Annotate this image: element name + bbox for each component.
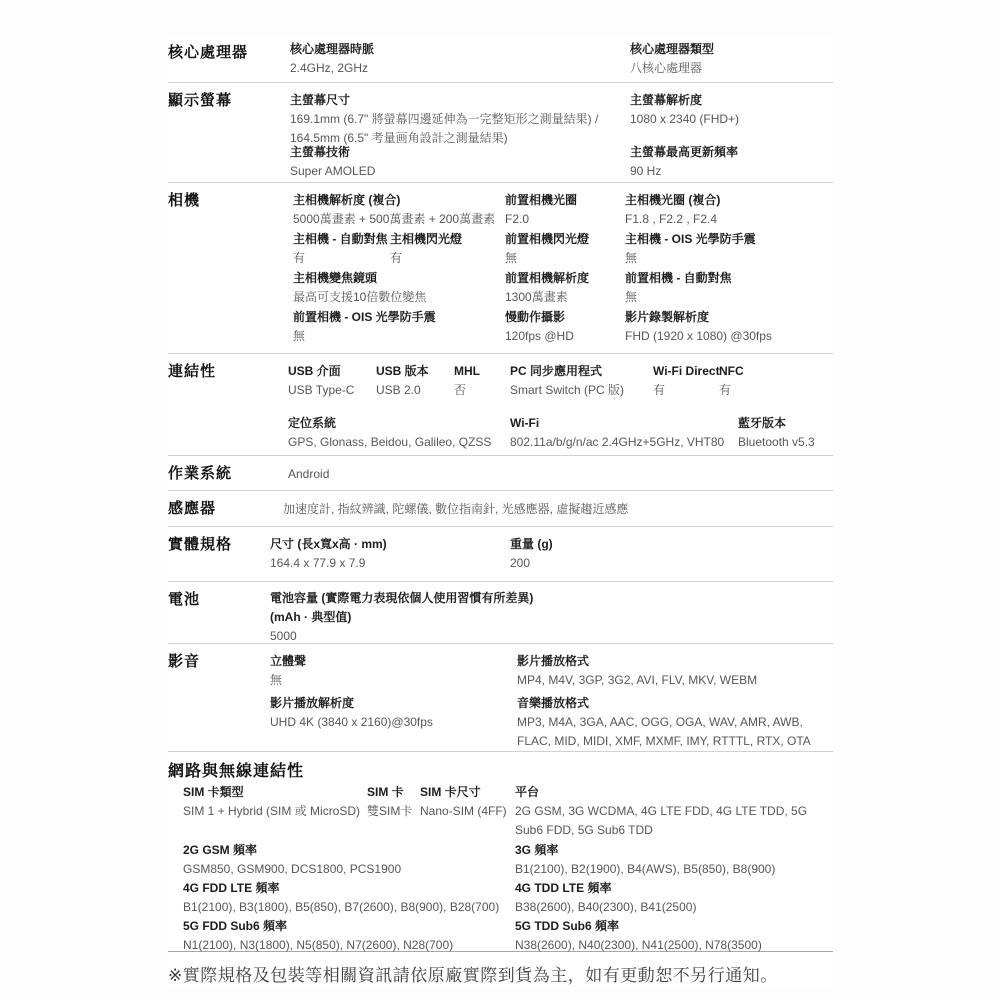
spec-label: MHL [454, 362, 480, 381]
spec-label: 前置相機閃光燈 [505, 230, 589, 249]
spec-value: 120fps @HD [505, 327, 574, 346]
spec-label: 音樂播放格式 [517, 694, 839, 713]
spec-label: USB 版本 [376, 362, 429, 381]
spec-label: SIM 卡 [367, 783, 412, 802]
section-label-camera: 相機 [168, 189, 200, 210]
spec-value: 90 Hz [630, 162, 738, 181]
spec-cell-pc-sync: PC 同步應用程式 Smart Switch (PC 版) [510, 362, 624, 400]
spec-cell-main-flash: 主相機閃光燈 有 [390, 230, 462, 268]
spec-label: 立體聲 [270, 652, 306, 671]
spec-value: 2.4GHz, 2GHz [290, 59, 374, 78]
spec-cell-dimensions: 尺寸 (長x寬x高 · mm) 164.4 x 77.9 x 7.9 [270, 535, 387, 573]
spec-label: 影片錄製解析度 [625, 308, 772, 327]
spec-cell-screen-resolution: 主螢幕解析度 1080 x 2340 (FHD+) [630, 91, 739, 129]
spec-cell-wifi: Wi-Fi 802.11a/b/g/n/ac 2.4GHz+5GHz, VHT8… [510, 414, 724, 452]
spec-value: 5000萬畫素 + 500萬畫素 + 200萬畫素 [293, 210, 495, 229]
spec-cell-video-format: 影片播放格式 MP4, M4V, 3GP, 3G2, AVI, FLV, MKV… [517, 652, 757, 690]
spec-label: 核心處理器時脈 [290, 40, 374, 59]
spec-value: 否 [454, 381, 480, 400]
spec-cell-stereo: 立體聲 無 [270, 652, 306, 690]
spec-cell-video-playback-resolution: 影片播放解析度 UHD 4K (3840 x 2160)@30fps [270, 694, 433, 732]
spec-cell-sim-type: SIM 卡類型 SIM 1 + Hybrid (SIM 或 MicroSD) [183, 783, 360, 821]
spec-value: 有 [293, 249, 388, 268]
spec-label: 平台 [515, 783, 830, 802]
spec-value: 有 [719, 381, 744, 400]
spec-value: 1300萬畫素 [505, 288, 589, 307]
spec-label: 主螢幕尺寸 [290, 91, 628, 110]
spec-value: 無 [293, 327, 436, 346]
spec-label: 核心處理器類型 [630, 40, 714, 59]
section-label-os: 作業系統 [168, 462, 232, 483]
section-label-processor: 核心處理器 [168, 41, 248, 62]
spec-cell-sensors: 加速度計, 指紋辨識, 陀螺儀, 數位指南針, 光感應器, 虛擬趨近感應 [283, 500, 628, 519]
spec-label: 主相機 - 自動對焦 [293, 230, 388, 249]
section-physical: 實體規格 尺寸 (長x寬x高 · mm) 164.4 x 77.9 x 7.9 … [168, 527, 833, 582]
spec-value: 無 [270, 671, 306, 690]
spec-value: 無 [625, 288, 732, 307]
spec-cell-sim-size: SIM 卡尺寸 Nano-SIM (4FF) [420, 783, 507, 821]
spec-value: Bluetooth v5.3 [738, 433, 815, 452]
section-display: 顯示螢幕 主螢幕尺寸 169.1mm (6.7" 將螢幕四邊延伸為一完整矩形之測… [168, 83, 833, 183]
spec-label: 尺寸 (長x寬x高 · mm) [270, 535, 387, 554]
section-label-network: 網路與無線連結性 [168, 758, 304, 781]
spec-value: 無 [505, 249, 589, 268]
spec-label: 3G 頻率 [515, 841, 775, 860]
spec-value: Smart Switch (PC 版) [510, 381, 624, 400]
spec-label: 4G FDD LTE 頻率 [183, 879, 499, 898]
section-label-av: 影音 [168, 650, 200, 671]
spec-label: 主相機光圈 (複合) [625, 191, 720, 210]
spec-cell-platform: 平台 2G GSM, 3G WCDMA, 4G LTE FDD, 4G LTE … [515, 783, 830, 840]
spec-cell-3g-bands: 3G 頻率 B1(2100), B2(1900), B4(AWS), B5(85… [515, 841, 775, 879]
spec-label: SIM 卡尺寸 [420, 783, 507, 802]
spec-value: Nano-SIM (4FF) [420, 802, 507, 821]
spec-value: Super AMOLED [290, 162, 375, 181]
spec-cell-audio-format: 音樂播放格式 MP3, M4A, 3GA, AAC, OGG, OGA, WAV… [517, 694, 839, 751]
spec-cell-wifi-direct: Wi-Fi Direct 有 [653, 362, 720, 400]
section-os: 作業系統 Android [168, 456, 833, 491]
spec-cell-screen-refresh: 主螢幕最高更新頻率 90 Hz [630, 143, 738, 181]
spec-cell-usb-interface: USB 介面 USB Type-C [288, 362, 354, 400]
spec-cell-positioning: 定位系統 GPS, Glonass, Beidou, Galileo, QZSS [288, 414, 491, 452]
spec-value: USB Type-C [288, 381, 354, 400]
spec-label: 電池容量 (實際電力表現依個人使用習慣有所差異) [270, 589, 533, 608]
spec-label: PC 同步應用程式 [510, 362, 624, 381]
spec-value: B1(2100), B2(1900), B4(AWS), B5(850), B8… [515, 860, 775, 879]
spec-cell-front-flash: 前置相機閃光燈 無 [505, 230, 589, 268]
spec-cell-front-ois: 前置相機 - OIS 光學防手震 無 [293, 308, 436, 346]
spec-value: USB 2.0 [376, 381, 429, 400]
spec-cell-main-af: 主相機 - 自動對焦 有 [293, 230, 388, 268]
spec-value: MP3, M4A, 3GA, AAC, OGG, OGA, WAV, AMR, … [517, 713, 839, 751]
spec-label: 2G GSM 頻率 [183, 841, 401, 860]
spec-label: 前置相機 - OIS 光學防手震 [293, 308, 436, 327]
spec-value: MP4, M4V, 3GP, 3G2, AVI, FLV, MKV, WEBM [517, 671, 757, 690]
spec-cell-2g-bands: 2G GSM 頻率 GSM850, GSM900, DCS1800, PCS19… [183, 841, 401, 879]
spec-label: 5G TDD Sub6 頻率 [515, 917, 762, 936]
spec-cell-screen-tech: 主螢幕技術 Super AMOLED [290, 143, 375, 181]
spec-value: 八核心處理器 [630, 59, 714, 78]
spec-value: 2G GSM, 3G WCDMA, 4G LTE FDD, 4G LTE TDD… [515, 802, 830, 840]
spec-value: 802.11a/b/g/n/ac 2.4GHz+5GHz, VHT80 [510, 433, 724, 452]
spec-cell-main-camera-resolution: 主相機解析度 (複合) 5000萬畫素 + 500萬畫素 + 200萬畫素 [293, 191, 495, 229]
spec-label: SIM 卡類型 [183, 783, 360, 802]
spec-value: GPS, Glonass, Beidou, Galileo, QZSS [288, 433, 491, 452]
spec-value: B1(2100), B3(1800), B5(850), B7(2600), B… [183, 898, 499, 917]
section-processor: 核心處理器 核心處理器時脈 2.4GHz, 2GHz 核心處理器類型 八核心處理… [168, 35, 833, 83]
spec-label: (mAh · 典型值) [270, 608, 533, 627]
spec-sheet: 核心處理器 核心處理器時脈 2.4GHz, 2GHz 核心處理器類型 八核心處理… [168, 35, 833, 986]
spec-label: 4G TDD LTE 頻率 [515, 879, 696, 898]
spec-label: 5G FDD Sub6 頻率 [183, 917, 453, 936]
spec-cell-main-aperture: 主相機光圈 (複合) F1.8 , F2.2 , F2.4 [625, 191, 720, 229]
spec-cell-os: Android [288, 465, 329, 484]
spec-label: 慢動作攝影 [505, 308, 574, 327]
spec-label: 影片播放解析度 [270, 694, 433, 713]
spec-cell-battery-capacity: 電池容量 (實際電力表現依個人使用習慣有所差異) (mAh · 典型值) 500… [270, 589, 533, 646]
spec-cell-cpu-clock: 核心處理器時脈 2.4GHz, 2GHz [290, 40, 374, 78]
spec-label: 前置相機光圈 [505, 191, 577, 210]
spec-label: 重量 (g) [510, 535, 553, 554]
spec-label: 主相機閃光燈 [390, 230, 462, 249]
spec-label: 定位系統 [288, 414, 491, 433]
spec-cell-camera-zoom: 主相機變焦鏡頭 最高可支援10倍數位變焦 [293, 269, 426, 307]
spec-value: B38(2600), B40(2300), B41(2500) [515, 898, 696, 917]
spec-cell-usb-version: USB 版本 USB 2.0 [376, 362, 429, 400]
section-connectivity: 連結性 USB 介面 USB Type-C USB 版本 USB 2.0 MHL… [168, 354, 833, 456]
spec-cell-4g-tdd-bands: 4G TDD LTE 頻率 B38(2600), B40(2300), B41(… [515, 879, 696, 917]
spec-value: SIM 1 + Hybrid (SIM 或 MicroSD) [183, 802, 360, 821]
spec-cell-slow-motion: 慢動作攝影 120fps @HD [505, 308, 574, 346]
spec-label: 前置相機解析度 [505, 269, 589, 288]
spec-value: 1080 x 2340 (FHD+) [630, 110, 739, 129]
spec-value: FHD (1920 x 1080) @30fps [625, 327, 772, 346]
section-sensors: 感應器 加速度計, 指紋辨識, 陀螺儀, 數位指南針, 光感應器, 虛擬趨近感應 [168, 491, 833, 527]
spec-cell-weight: 重量 (g) 200 [510, 535, 553, 573]
spec-label: 藍牙版本 [738, 414, 815, 433]
spec-label: 主螢幕技術 [290, 143, 375, 162]
spec-cell-front-af: 前置相機 - 自動對焦 無 [625, 269, 732, 307]
spec-value: 雙SIM卡 [367, 802, 412, 821]
section-label-sensors: 感應器 [168, 497, 216, 518]
spec-label: 前置相機 - 自動對焦 [625, 269, 732, 288]
spec-cell-sim: SIM 卡 雙SIM卡 [367, 783, 412, 821]
spec-cell-4g-fdd-bands: 4G FDD LTE 頻率 B1(2100), B3(1800), B5(850… [183, 879, 499, 917]
footer-note: ※實際規格及包裝等相關資訊請依原廠實際到貨為主，如有更動恕不另行通知。 [168, 952, 833, 986]
spec-cell-front-resolution: 前置相機解析度 1300萬畫素 [505, 269, 589, 307]
spec-label: USB 介面 [288, 362, 354, 381]
spec-cell-5g-fdd-bands: 5G FDD Sub6 頻率 N1(2100), N3(1800), N5(85… [183, 917, 453, 955]
spec-label: 主相機變焦鏡頭 [293, 269, 426, 288]
spec-label: Wi-Fi [510, 414, 724, 433]
spec-value: 164.4 x 77.9 x 7.9 [270, 554, 387, 573]
spec-value: 最高可支援10倍數位變焦 [293, 288, 426, 307]
spec-cell-video-recording: 影片錄製解析度 FHD (1920 x 1080) @30fps [625, 308, 772, 346]
spec-value: F1.8 , F2.2 , F2.4 [625, 210, 720, 229]
spec-value: UHD 4K (3840 x 2160)@30fps [270, 713, 433, 732]
spec-value: 有 [653, 381, 720, 400]
spec-value: 無 [625, 249, 756, 268]
section-network: 網路與無線連結性 SIM 卡類型 SIM 1 + Hybrid (SIM 或 M… [168, 752, 833, 952]
spec-value: 加速度計, 指紋辨識, 陀螺儀, 數位指南針, 光感應器, 虛擬趨近感應 [283, 500, 628, 519]
section-label-connectivity: 連結性 [168, 360, 216, 381]
section-camera: 相機 主相機解析度 (複合) 5000萬畫素 + 500萬畫素 + 200萬畫素… [168, 183, 833, 354]
section-label-physical: 實體規格 [168, 533, 232, 554]
section-label-battery: 電池 [168, 588, 200, 609]
spec-label: Wi-Fi Direct [653, 362, 720, 381]
spec-cell-mhl: MHL 否 [454, 362, 480, 400]
spec-value: GSM850, GSM900, DCS1800, PCS1900 [183, 860, 401, 879]
spec-label: 影片播放格式 [517, 652, 757, 671]
section-battery: 電池 電池容量 (實際電力表現依個人使用習慣有所差異) (mAh · 典型值) … [168, 582, 833, 644]
spec-cell-cpu-type: 核心處理器類型 八核心處理器 [630, 40, 714, 78]
spec-cell-bluetooth: 藍牙版本 Bluetooth v5.3 [738, 414, 815, 452]
section-label-display: 顯示螢幕 [168, 89, 232, 110]
spec-cell-5g-tdd-bands: 5G TDD Sub6 頻率 N38(2600), N40(2300), N41… [515, 917, 762, 955]
spec-label: 主相機解析度 (複合) [293, 191, 495, 210]
spec-label: 主螢幕解析度 [630, 91, 739, 110]
spec-cell-nfc: NFC 有 [719, 362, 744, 400]
spec-value: 200 [510, 554, 553, 573]
spec-cell-screen-size: 主螢幕尺寸 169.1mm (6.7" 將螢幕四邊延伸為一完整矩形之測量結果) … [290, 91, 628, 148]
section-av: 影音 立體聲 無 影片播放格式 MP4, M4V, 3GP, 3G2, AVI,… [168, 644, 833, 752]
spec-label: NFC [719, 362, 744, 381]
spec-value: F2.0 [505, 210, 577, 229]
spec-cell-main-ois: 主相機 - OIS 光學防手震 無 [625, 230, 756, 268]
spec-label: 主螢幕最高更新頻率 [630, 143, 738, 162]
spec-value: Android [288, 465, 329, 484]
spec-value: 有 [390, 249, 462, 268]
spec-cell-front-aperture: 前置相機光圈 F2.0 [505, 191, 577, 229]
spec-label: 主相機 - OIS 光學防手震 [625, 230, 756, 249]
